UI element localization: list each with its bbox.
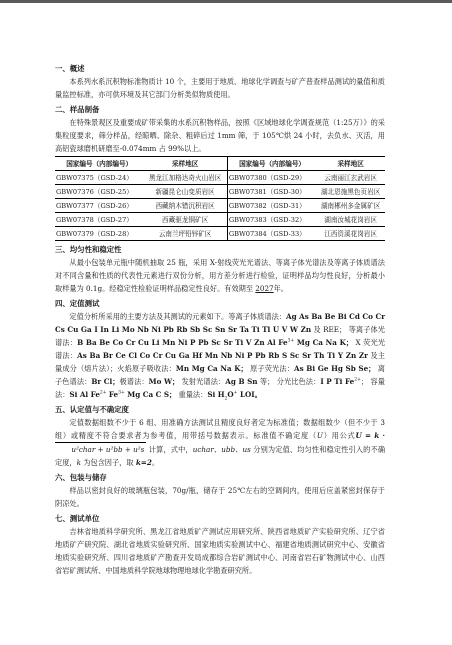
- cell-area: 西藏驱龙铜矿区: [143, 213, 227, 227]
- expiry-year: 2027: [255, 284, 273, 293]
- formula-lhs: U = k ·: [355, 431, 385, 440]
- cell-code: GBW07377（GSD-26）: [55, 199, 143, 213]
- heading-overview: 一、概述: [55, 62, 385, 75]
- method-label: 原子荧光法：: [250, 364, 294, 373]
- storage-paragraph: 样品以密封良好的玻璃瓶包装，70g/瓶，储存于 25℃左右的空调间内，使用后应盖…: [55, 484, 385, 510]
- k-value: k=2: [136, 458, 152, 467]
- certification-paragraph: 定值分析所采用的主要方法及其测试的元素如下。等离子体质谱法：Ag As Ba B…: [55, 310, 385, 401]
- method-elements: Mg Ca C S；: [125, 390, 176, 399]
- heading-uncertainty: 五、认定值与不确定度: [55, 403, 385, 416]
- cell-area: 黑龙江加格达奇火山岩区: [143, 171, 227, 185]
- uncertainty-text: 。: [152, 458, 159, 467]
- formula-variables: uchar、ubb、us: [193, 445, 251, 454]
- viewer-top-bar: [0, 0, 452, 3]
- heading-homogeneity: 三、均匀性和稳定性: [55, 243, 385, 256]
- method-label: 极谱法：: [119, 377, 148, 386]
- method-elements: Mo W；: [149, 377, 180, 386]
- method-elements: Si Al Fe: [69, 390, 100, 399]
- cell-area: 湖南汝城花岗岩区: [316, 213, 385, 227]
- cell-area: 湖北恩施黑色页岩区: [316, 185, 385, 199]
- cell-area: 新疆昆仑山变质岩区: [143, 185, 227, 199]
- method-elements: Si H: [207, 390, 224, 399]
- method-elements: I P Ti Fe: [320, 377, 354, 386]
- method-label: 分光比色法：: [277, 377, 321, 386]
- uncertainty-text: 为包含因子，取: [81, 458, 136, 467]
- labs-paragraph: 吉林省地质科学研究所、黑龙江省地质矿产测试应用研究所、陕西省地质矿产实验研究所、…: [55, 525, 385, 577]
- method-elements: As Ba Br Ce Cl Co Cr Cu Ga Hf Mn Nb Ni P…: [77, 351, 368, 360]
- method-elements: Ag B Sn: [225, 377, 257, 386]
- cell-code: GBW07383（GSD-32）: [227, 213, 316, 227]
- uncertainty-text: 计算，式中，: [146, 445, 192, 454]
- method-label: 等离子体质谱法：: [228, 312, 286, 321]
- formula-sqrt: u²char + u²bb + u²s: [55, 442, 146, 456]
- cell-code: GBW07381（GSD-30）: [227, 185, 316, 199]
- header-national-code: 国家编号（内部编号）: [55, 157, 143, 171]
- overview-paragraph: 本系列水系沉积物标准物质计 10 个，主要用于地质、地球化学调查与矿产普查样品测…: [55, 75, 385, 101]
- method-suffix: ；: [361, 377, 368, 386]
- cell-code: GBW07375（GSD-24）: [55, 171, 143, 185]
- heading-storage: 六、包装与储存: [55, 471, 385, 484]
- method-elements: Mg Ca Na K；: [294, 338, 353, 347]
- heading-labs: 七、测试单位: [55, 512, 385, 525]
- cert-intro: 定值分析所采用的主要方法及其测试的元素如下。: [69, 312, 228, 321]
- uncertainty-text: ）用公式: [323, 431, 356, 440]
- cell-code: GBW07382（GSD-31）: [227, 199, 316, 213]
- table-row: GBW07379（GSD-28） 云南兰坪铅锌矿区 GBW07384（GSD-3…: [55, 227, 385, 241]
- charge-sup: 2+: [354, 378, 361, 383]
- cell-code: GBW07384（GSD-33）: [227, 227, 316, 241]
- charge-sup: 2+: [100, 391, 107, 396]
- cell-code: GBW07376（GSD-25）: [55, 185, 143, 199]
- table-row: GBW07378（GSD-27） 西藏驱龙铜矿区 GBW07383（GSD-32…: [55, 213, 385, 227]
- header-sampling-area: 采样地区: [143, 157, 227, 171]
- cell-area: 云南兰坪铅锌矿区: [143, 227, 227, 241]
- table-row: GBW07377（GSD-26） 西藏纳木错沉积岩区 GBW07382（GSD-…: [55, 199, 385, 213]
- method-label: 重量法：: [179, 390, 208, 399]
- uncertainty-paragraph: 定值数据组数不少于 6 组、用准确方法测试且精度良好者定为标准值；数据组数少（但…: [55, 416, 385, 469]
- header-national-code-2: 国家编号（内部编号）: [227, 157, 316, 171]
- method-suffix: 等；: [258, 377, 275, 386]
- header-sampling-area-2: 采样地区: [316, 157, 385, 171]
- method-label: 火焰原子吸收法：: [117, 364, 176, 373]
- heading-certification: 四、定值测试: [55, 297, 385, 310]
- document-page: 一、概述 本系列水系沉积物标准物质计 10 个，主要用于地质、地球化学调查与矿产…: [55, 60, 385, 577]
- method-elements: B Ba Be Co Cr Cu Li Mn Ni P Pb Sc Sr Ti …: [77, 338, 287, 347]
- method-elements: Mn Mg Ca Na K；: [176, 364, 248, 373]
- table-header-row: 国家编号（内部编号） 采样地区 国家编号（内部编号） 采样地区: [55, 157, 385, 171]
- method-elements: LOI。: [237, 390, 261, 399]
- homogeneity-text: 从最小包装单元瓶中随机抽取 25 瓶，采用 X-射线荧光光谱法、等离子体光谱法及…: [55, 258, 385, 293]
- homogeneity-paragraph: 从最小包装单元瓶中随机抽取 25 瓶，采用 X-射线荧光光谱法、等离子体光谱法及…: [55, 256, 385, 295]
- charge-sup: 3+: [118, 391, 125, 396]
- cell-code: GBW07378（GSD-27）: [55, 213, 143, 227]
- cell-area: 江西资溪花岗岩区: [316, 227, 385, 241]
- homogeneity-text-end: 年。: [274, 284, 288, 293]
- cell-code: GBW07380（GSD-29）: [227, 171, 316, 185]
- cell-area: 湖南郴州多金属矿区: [316, 199, 385, 213]
- cell-area: 云南丽江玄武岩区: [316, 171, 385, 185]
- preparation-paragraph: 在特殊景观区及重要成矿带采集的水系沉积物样品，按照《区域地球化学调查规范（1:2…: [55, 116, 385, 155]
- heading-preparation: 二、样品制备: [55, 103, 385, 116]
- table-row: GBW07375（GSD-24） 黑龙江加格达奇火山岩区 GBW07380（GS…: [55, 171, 385, 185]
- sample-table: 国家编号（内部编号） 采样地区 国家编号（内部编号） 采样地区 GBW07375…: [55, 156, 385, 241]
- method-suffix: 及 REE；: [311, 325, 346, 334]
- table-row: GBW07376（GSD-25） 新疆昆仑山变质岩区 GBW07381（GSD-…: [55, 185, 385, 199]
- cell-code: GBW07379（GSD-28）: [55, 227, 143, 241]
- method-label: 发射光谱法：: [182, 377, 226, 386]
- method-elements: Br Cl；: [91, 377, 119, 386]
- method-elements: As Bi Ge Hg Sb Se；: [294, 364, 375, 373]
- cell-area: 西藏纳木错沉积岩区: [143, 199, 227, 213]
- method-elements: Fe: [109, 390, 118, 399]
